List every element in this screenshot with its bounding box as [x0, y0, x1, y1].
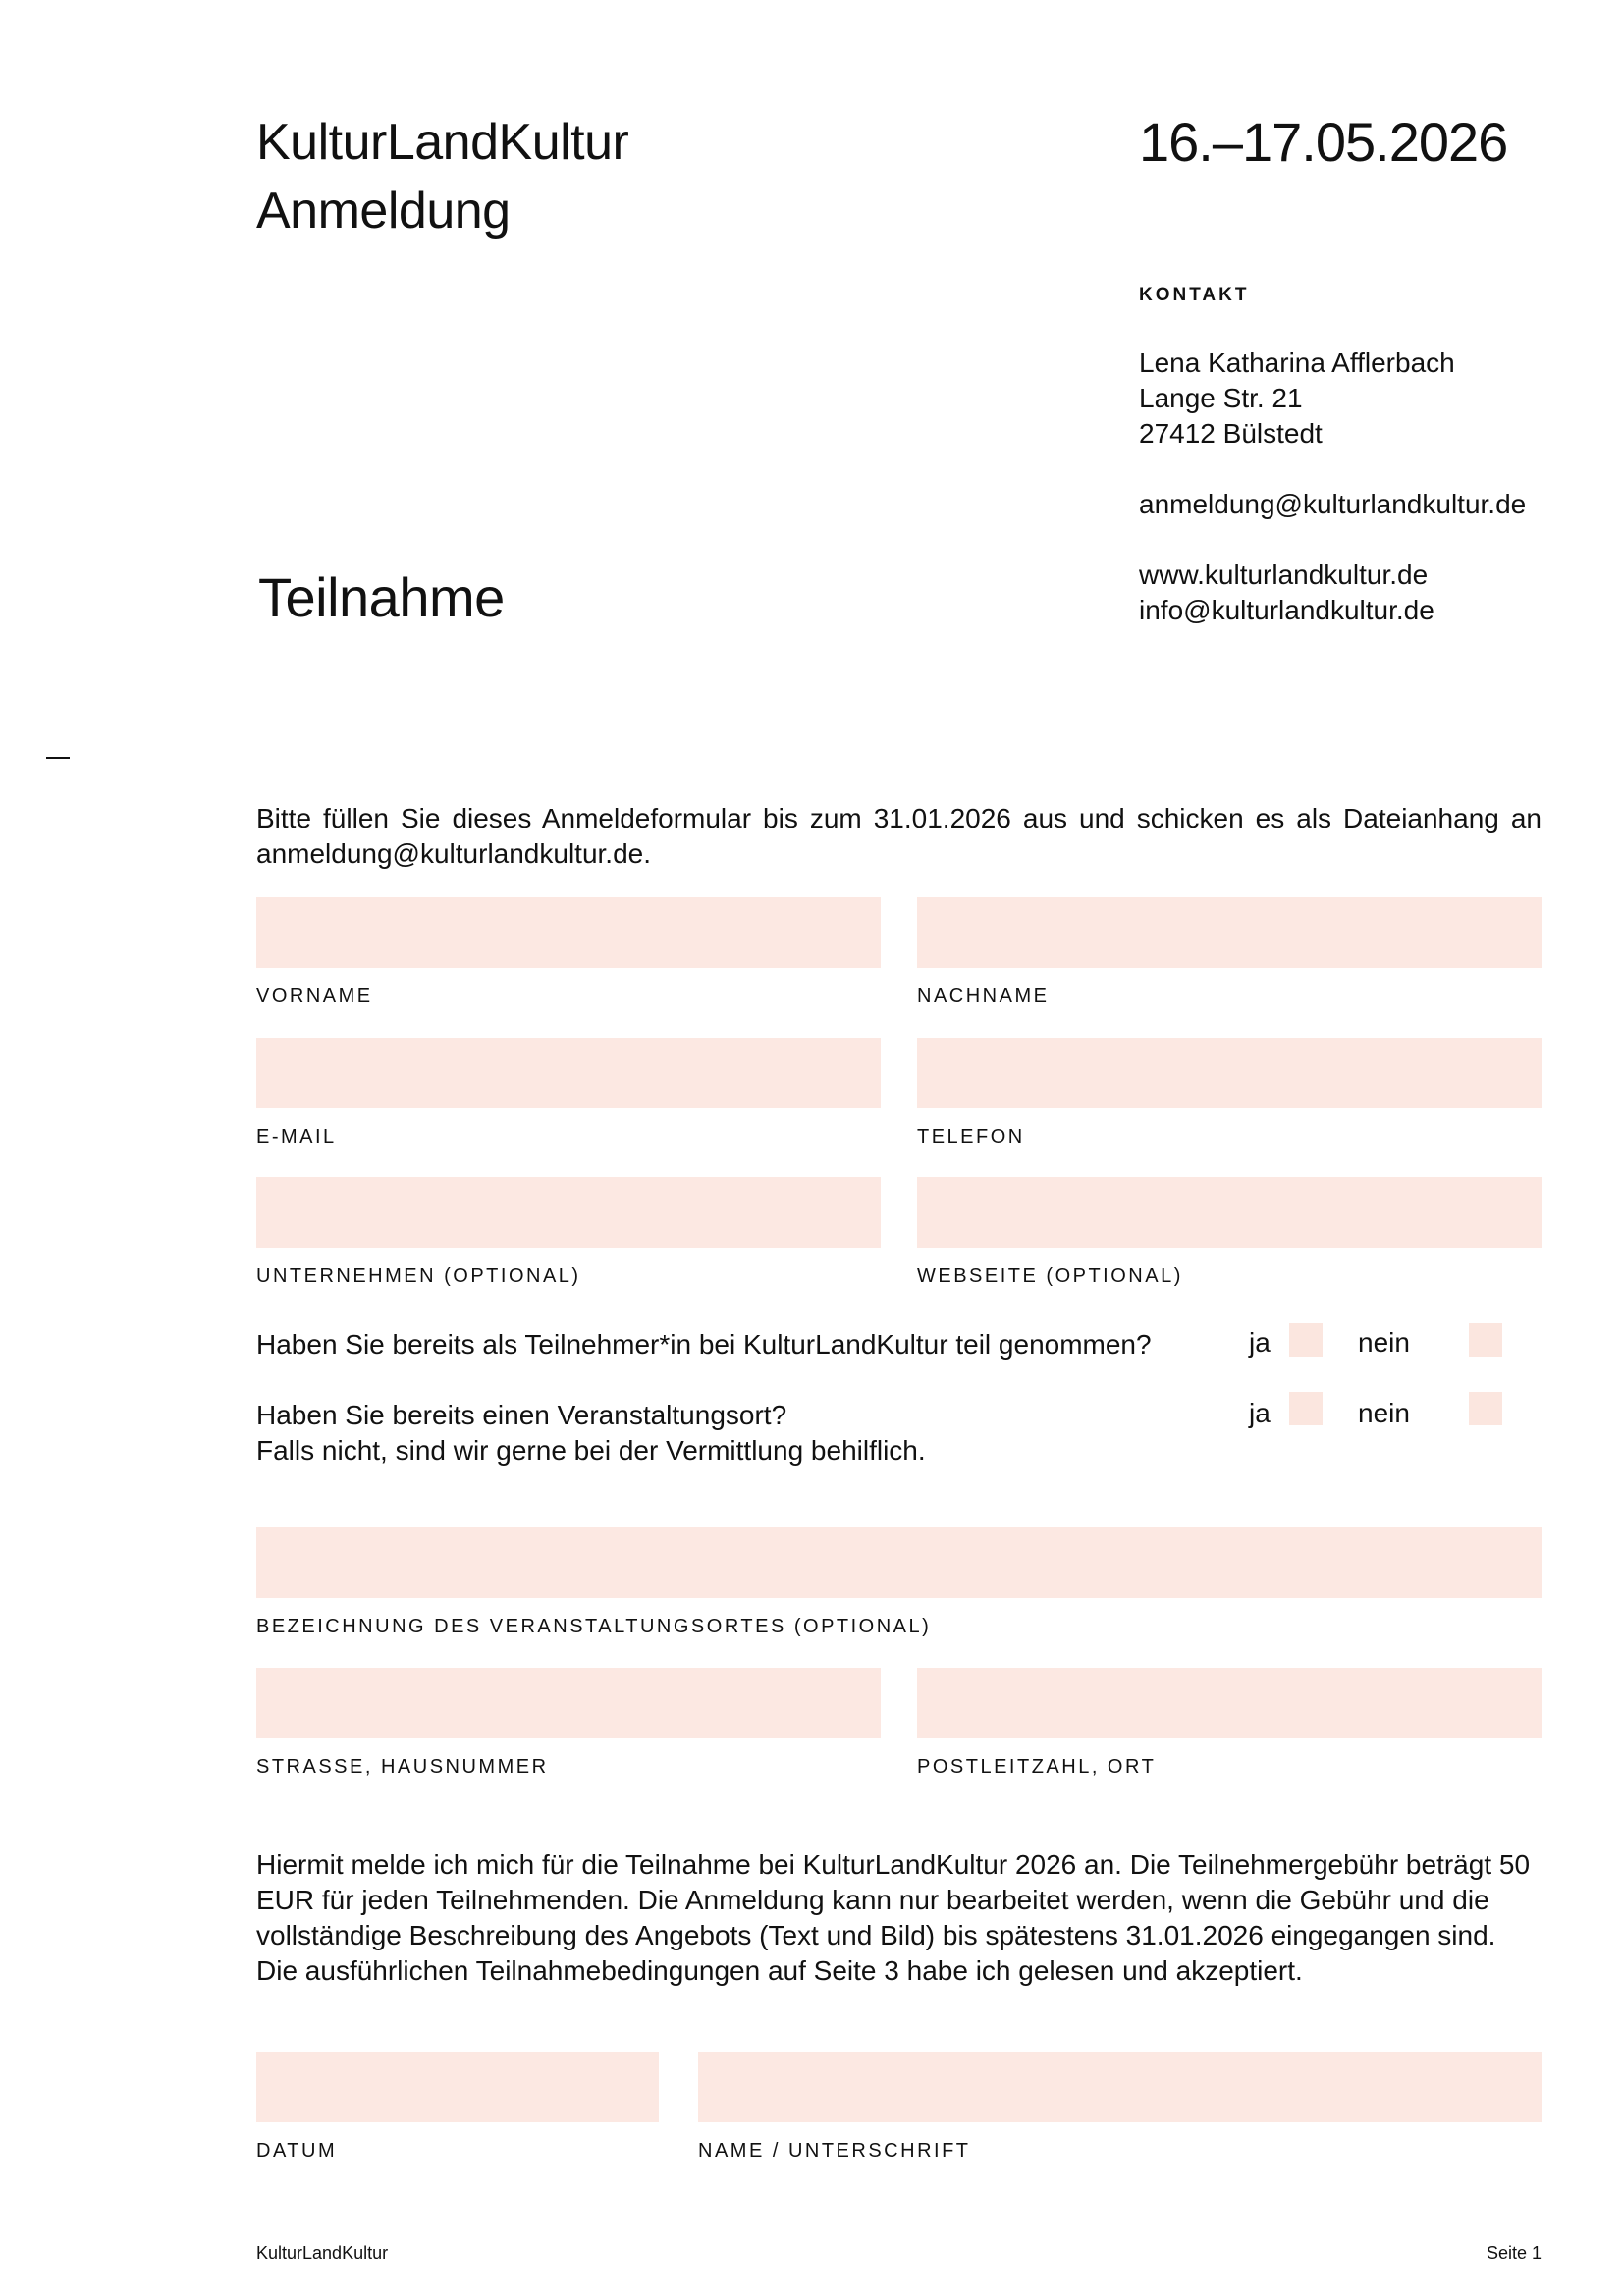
contact-heading: KONTAKT [1139, 285, 1249, 306]
nachname-field[interactable] [917, 897, 1542, 968]
vorname-field[interactable] [256, 897, 881, 968]
q1-no-checkbox[interactable] [1469, 1323, 1502, 1357]
webseite-label: WEBSEITE (OPTIONAL) [917, 1265, 1183, 1288]
webseite-field[interactable] [917, 1177, 1542, 1248]
postal-city-field[interactable] [917, 1668, 1542, 1738]
contact-city: 27412 Bülstedt [1139, 416, 1526, 452]
postal-city-label: POSTLEITZAHL, ORT [917, 1756, 1156, 1779]
contact-street: Lange Str. 21 [1139, 381, 1526, 416]
page-number: Seite 1 [1487, 2243, 1542, 2264]
vorname-label: VORNAME [256, 986, 373, 1008]
contact-website[interactable]: www.kulturlandkultur.de [1139, 558, 1526, 593]
q1-yes-label: ja [1249, 1327, 1271, 1359]
footer-brand: KulturLandKultur [256, 2243, 388, 2264]
signature-field[interactable] [698, 2052, 1542, 2122]
email-field[interactable] [256, 1038, 881, 1108]
telefon-label: TELEFON [917, 1126, 1025, 1148]
signature-label: NAME / UNTERSCHRIFT [698, 2140, 971, 2163]
q2-no-checkbox[interactable] [1469, 1392, 1502, 1425]
q1-yes-checkbox[interactable] [1289, 1323, 1323, 1357]
q2-yes-label: ja [1249, 1398, 1271, 1429]
fold-mark [46, 757, 70, 759]
title-line-2: Anmeldung [256, 177, 628, 245]
q2-no-label: nein [1358, 1398, 1410, 1429]
email-label: E-MAIL [256, 1126, 337, 1148]
title-line-1: KulturLandKultur [256, 108, 628, 177]
question-previous-participation: Haben Sie bereits als Teilnehmer*in bei … [256, 1327, 1152, 1362]
unternehmen-field[interactable] [256, 1177, 881, 1248]
question-venue-subtext: Falls nicht, sind wir gerne bei der Verm… [256, 1433, 926, 1468]
question-venue-text: Haben Sie bereits einen Veranstaltungsor… [256, 1398, 926, 1433]
question-venue: Haben Sie bereits einen Veranstaltungsor… [256, 1398, 926, 1468]
contact-block: Lena Katharina Afflerbach Lange Str. 21 … [1139, 346, 1526, 628]
telefon-field[interactable] [917, 1038, 1542, 1108]
street-field[interactable] [256, 1668, 881, 1738]
document-title: KulturLandKultur Anmeldung [256, 108, 628, 245]
nachname-label: NACHNAME [917, 986, 1049, 1008]
section-title: Teilnahme [258, 563, 505, 632]
unternehmen-label: UNTERNEHMEN (OPTIONAL) [256, 1265, 581, 1288]
date-field[interactable] [256, 2052, 659, 2122]
contact-registration-email[interactable]: anmeldung@kulturlandkultur.de [1139, 487, 1526, 522]
event-date: 16.–17.05.2026 [1139, 108, 1507, 177]
intro-text: Bitte füllen Sie dieses Anmeldeformular … [256, 801, 1542, 872]
contact-info-email[interactable]: info@kulturlandkultur.de [1139, 593, 1526, 628]
q2-yes-checkbox[interactable] [1289, 1392, 1323, 1425]
venue-name-label: BEZEICHNUNG DES VERANSTALTUNGSORTES (OPT… [256, 1616, 931, 1638]
q1-no-label: nein [1358, 1327, 1410, 1359]
declaration-text: Hiermit melde ich mich für die Teilnahme… [256, 1847, 1544, 1989]
street-label: STRASSE, HAUSNUMMER [256, 1756, 549, 1779]
date-label: DATUM [256, 2140, 337, 2163]
contact-name: Lena Katharina Afflerbach [1139, 346, 1526, 381]
venue-name-field[interactable] [256, 1527, 1542, 1598]
